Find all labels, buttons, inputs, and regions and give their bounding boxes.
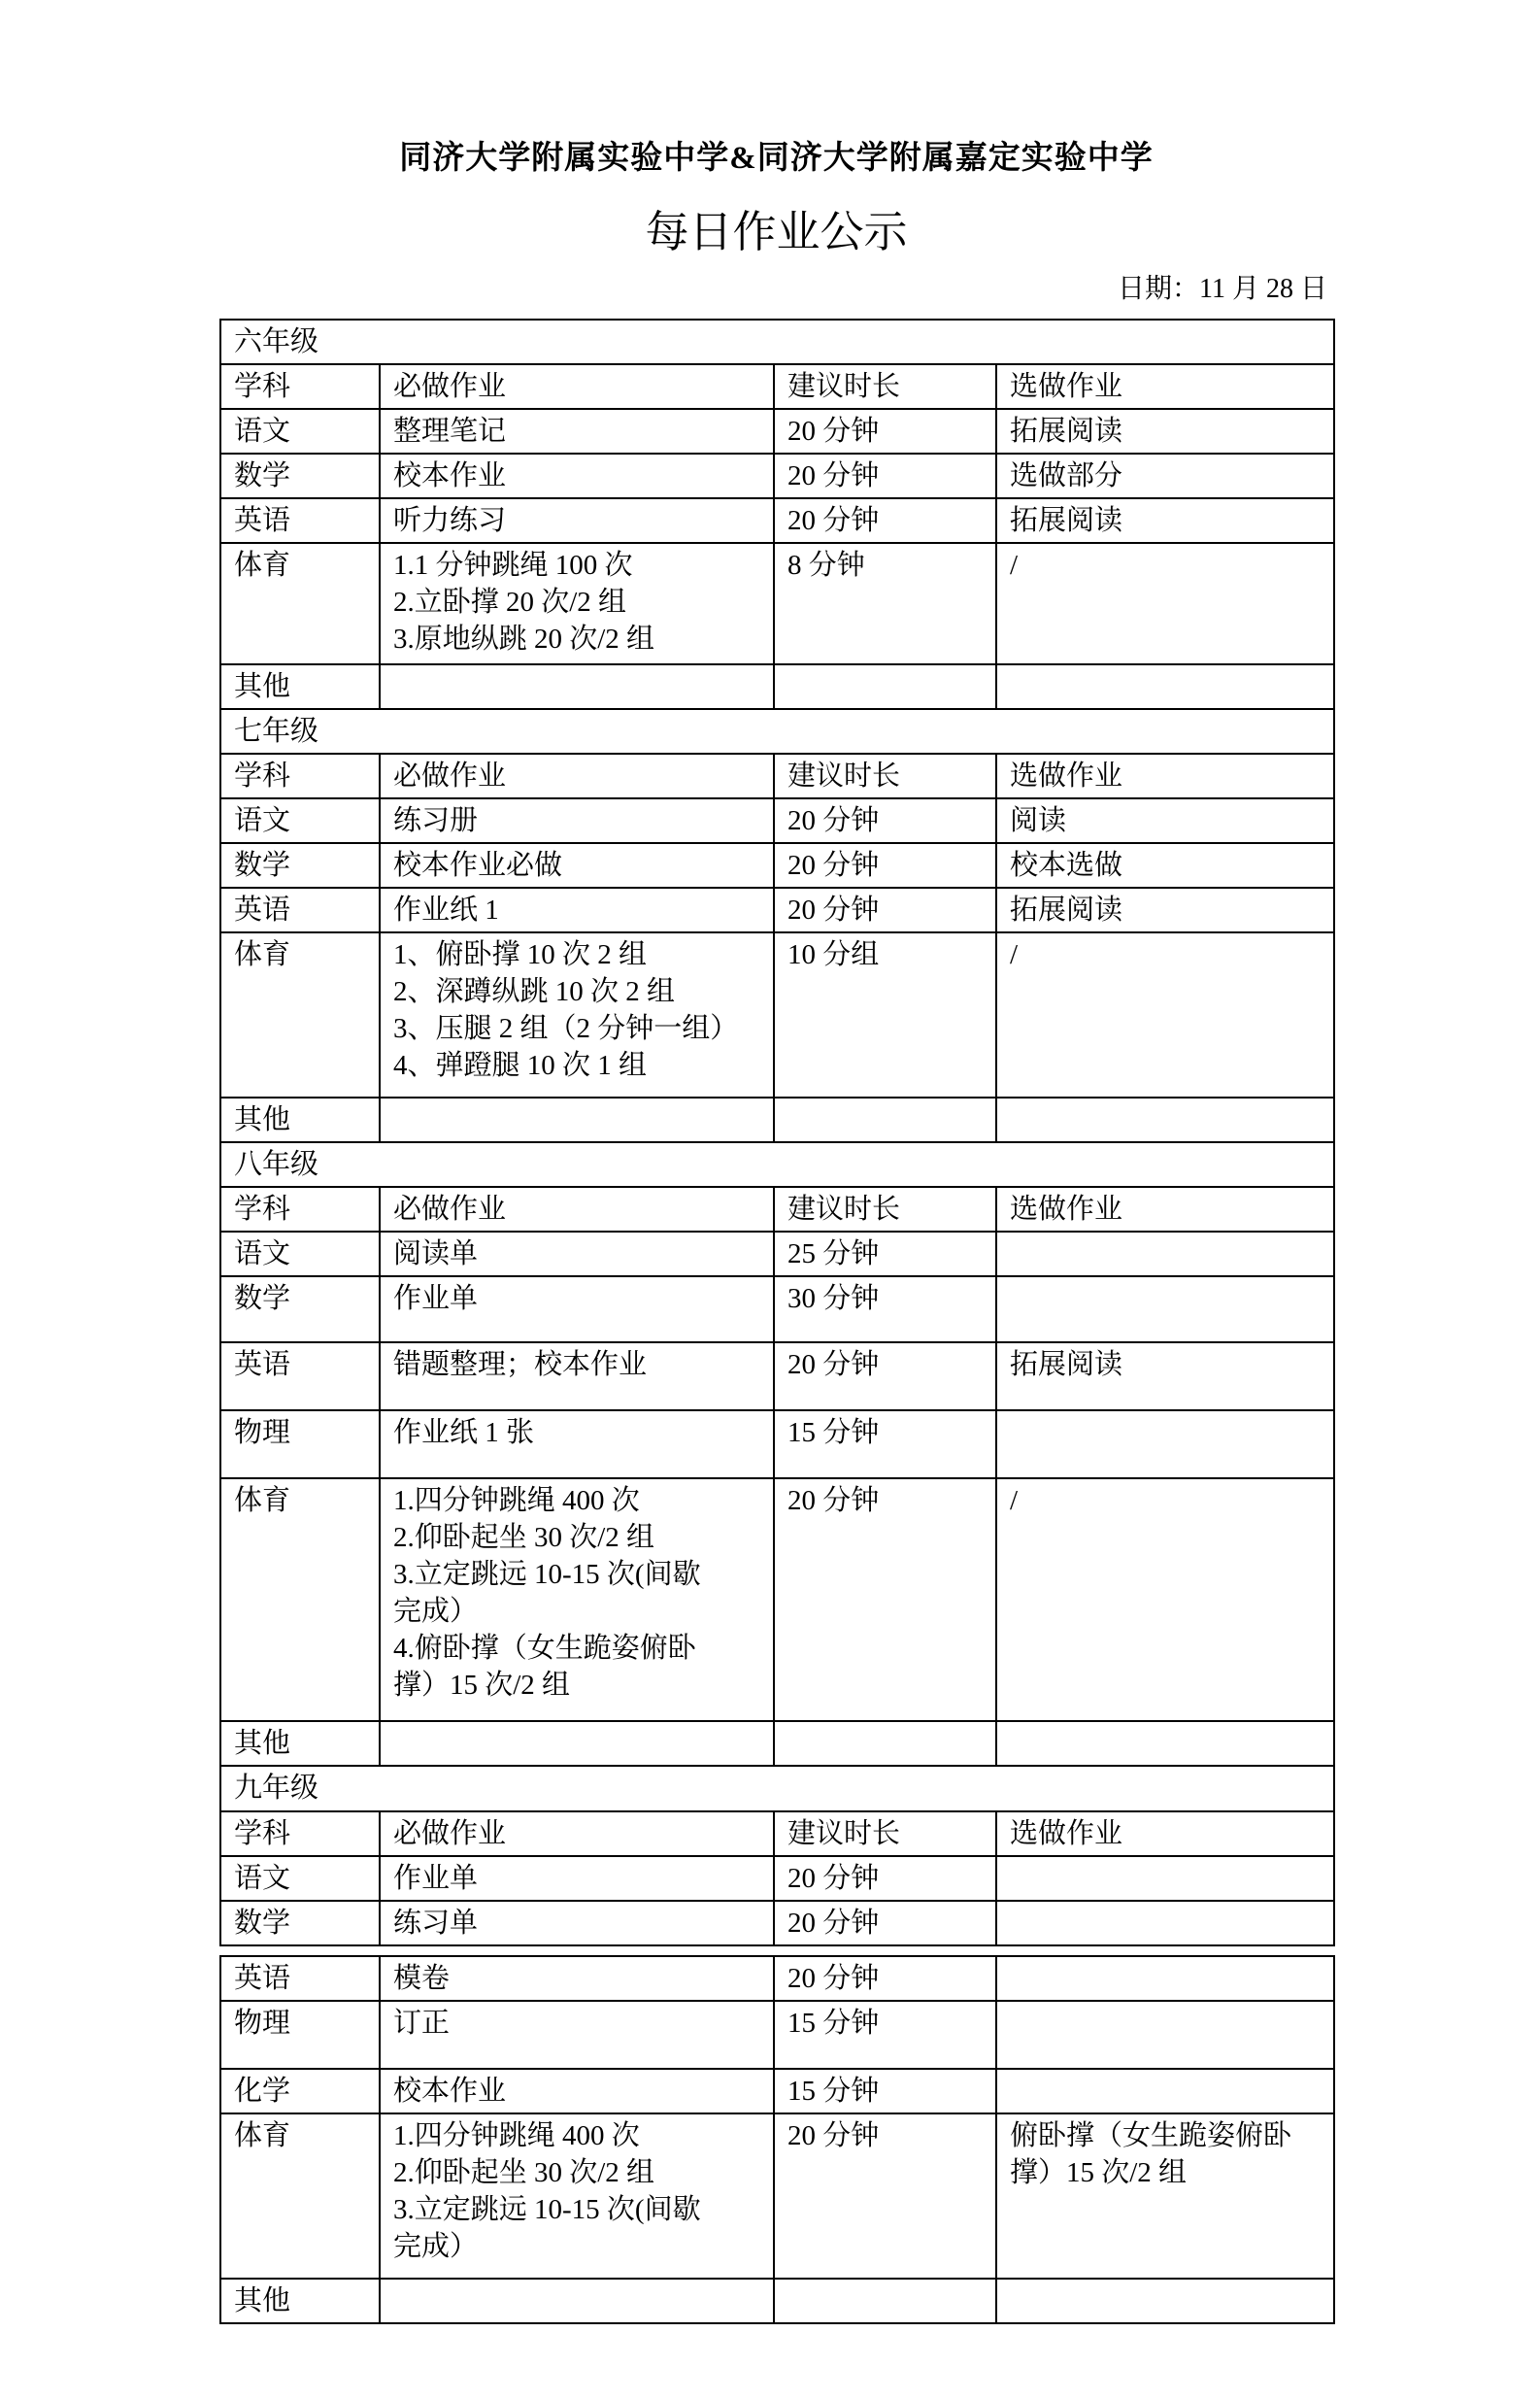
duration-cell: 20 分钟 bbox=[774, 1956, 996, 2001]
required-homework-cell: 作业纸 1 张 bbox=[380, 1410, 774, 1478]
required-homework-cell: 1.1 分钟跳绳 100 次 2.立卧撑 20 次/2 组 3.原地纵跳 20 … bbox=[380, 543, 774, 664]
required-homework-cell: 作业单 bbox=[380, 1276, 774, 1342]
optional-homework-cell bbox=[996, 1856, 1334, 1901]
required-homework-cell: 听力练习 bbox=[380, 498, 774, 543]
table-row: 物理 订正 15 分钟 bbox=[220, 2001, 1334, 2069]
table-row: 体育 1.1 分钟跳绳 100 次 2.立卧撑 20 次/2 组 3.原地纵跳 … bbox=[220, 543, 1334, 664]
table-row: 其他 bbox=[220, 1721, 1334, 1766]
table-row: 英语 作业纸 1 20 分钟 拓展阅读 bbox=[220, 888, 1334, 932]
table-row: 语文 练习册 20 分钟 阅读 bbox=[220, 798, 1334, 843]
duration-cell bbox=[774, 2279, 996, 2323]
column-header-subject: 学科 bbox=[220, 1187, 380, 1232]
optional-homework-cell bbox=[996, 1956, 1334, 2001]
required-homework-cell: 练习单 bbox=[380, 1901, 774, 1945]
table-row: 学科 必做作业 建议时长 选做作业 bbox=[220, 364, 1334, 409]
table-row: 英语 听力练习 20 分钟 拓展阅读 bbox=[220, 498, 1334, 543]
document-content: 同济大学附属实验中学&同济大学附属嘉定实验中学 每日作业公示 日期：11 月 2… bbox=[219, 0, 1333, 2324]
grade-banner-8: 八年级 bbox=[220, 1142, 1334, 1187]
optional-homework-cell: 拓展阅读 bbox=[996, 498, 1334, 543]
duration-cell: 20 分钟 bbox=[774, 454, 996, 498]
optional-homework-cell: 阅读 bbox=[996, 798, 1334, 843]
grade-banner-6: 六年级 bbox=[220, 320, 1334, 364]
column-header-duration: 建议时长 bbox=[774, 1811, 996, 1856]
optional-homework-cell: / bbox=[996, 543, 1334, 664]
subject-cell: 体育 bbox=[220, 932, 380, 1098]
required-homework-cell: 作业单 bbox=[380, 1856, 774, 1901]
duration-cell: 15 分钟 bbox=[774, 2069, 996, 2113]
subject-cell: 语文 bbox=[220, 409, 380, 454]
table-row: 语文 整理笔记 20 分钟 拓展阅读 bbox=[220, 409, 1334, 454]
optional-homework-cell: / bbox=[996, 932, 1334, 1098]
duration-cell: 20 分钟 bbox=[774, 498, 996, 543]
table-row: 物理 作业纸 1 张 15 分钟 bbox=[220, 1410, 1334, 1478]
duration-cell: 10 分组 bbox=[774, 932, 996, 1098]
required-homework-cell bbox=[380, 664, 774, 709]
page-title: 每日作业公示 bbox=[219, 202, 1333, 262]
required-homework-cell: 1.四分钟跳绳 400 次 2.仰卧起坐 30 次/2 组 3.立定跳远 10-… bbox=[380, 2113, 774, 2279]
required-homework-cell: 模卷 bbox=[380, 1956, 774, 2001]
subject-cell: 语文 bbox=[220, 1232, 380, 1276]
table-row: 数学 练习单 20 分钟 bbox=[220, 1901, 1334, 1945]
table-row: 其他 bbox=[220, 2279, 1334, 2323]
subject-cell: 其他 bbox=[220, 664, 380, 709]
required-homework-cell: 作业纸 1 bbox=[380, 888, 774, 932]
optional-homework-cell bbox=[996, 1410, 1334, 1478]
subject-cell: 化学 bbox=[220, 2069, 380, 2113]
subject-cell: 其他 bbox=[220, 1098, 380, 1142]
table-row: 学科 必做作业 建议时长 选做作业 bbox=[220, 754, 1334, 798]
column-header-required: 必做作业 bbox=[380, 754, 774, 798]
subject-cell: 数学 bbox=[220, 1901, 380, 1945]
optional-homework-cell bbox=[996, 2001, 1334, 2069]
duration-cell bbox=[774, 664, 996, 709]
column-header-required: 必做作业 bbox=[380, 1811, 774, 1856]
column-header-optional: 选做作业 bbox=[996, 754, 1334, 798]
subject-cell: 物理 bbox=[220, 2001, 380, 2069]
subject-cell: 英语 bbox=[220, 498, 380, 543]
required-homework-cell: 校本作业 bbox=[380, 454, 774, 498]
subject-cell: 英语 bbox=[220, 1342, 380, 1410]
duration-cell bbox=[774, 1721, 996, 1766]
subject-cell: 语文 bbox=[220, 798, 380, 843]
duration-cell: 30 分钟 bbox=[774, 1276, 996, 1342]
duration-cell: 20 分钟 bbox=[774, 888, 996, 932]
optional-homework-cell: / bbox=[996, 1478, 1334, 1721]
homework-table-main: 六年级 学科 必做作业 建议时长 选做作业 语文 整理笔记 20 分钟 拓展阅读… bbox=[219, 319, 1335, 1946]
required-homework-cell: 练习册 bbox=[380, 798, 774, 843]
table-row: 其他 bbox=[220, 1098, 1334, 1142]
table-row: 数学 校本作业必做 20 分钟 校本选做 bbox=[220, 843, 1334, 888]
optional-homework-cell: 拓展阅读 bbox=[996, 1342, 1334, 1410]
school-name-line: 同济大学附属实验中学&同济大学附属嘉定实验中学 bbox=[219, 140, 1333, 177]
duration-cell: 20 分钟 bbox=[774, 843, 996, 888]
duration-cell: 15 分钟 bbox=[774, 2001, 996, 2069]
date-label: 日期：11 月 28 日 bbox=[219, 272, 1333, 307]
duration-cell: 15 分钟 bbox=[774, 1410, 996, 1478]
document-page: 同济大学附属实验中学&同济大学附属嘉定实验中学 每日作业公示 日期：11 月 2… bbox=[0, 0, 1540, 2400]
table-row: 化学 校本作业 15 分钟 bbox=[220, 2069, 1334, 2113]
table-row: 体育 1.四分钟跳绳 400 次 2.仰卧起坐 30 次/2 组 3.立定跳远 … bbox=[220, 2113, 1334, 2279]
optional-homework-cell: 拓展阅读 bbox=[996, 409, 1334, 454]
optional-homework-cell bbox=[996, 1098, 1334, 1142]
table-row: 九年级 bbox=[220, 1766, 1334, 1811]
column-header-optional: 选做作业 bbox=[996, 1187, 1334, 1232]
optional-homework-cell bbox=[996, 2069, 1334, 2113]
subject-cell: 数学 bbox=[220, 1276, 380, 1342]
duration-cell: 20 分钟 bbox=[774, 2113, 996, 2279]
optional-homework-cell: 俯卧撑（女生跪姿俯卧 撑）15 次/2 组 bbox=[996, 2113, 1334, 2279]
column-header-subject: 学科 bbox=[220, 364, 380, 409]
optional-homework-cell bbox=[996, 1276, 1334, 1342]
optional-homework-cell bbox=[996, 664, 1334, 709]
table-row: 学科 必做作业 建议时长 选做作业 bbox=[220, 1811, 1334, 1856]
required-homework-cell bbox=[380, 2279, 774, 2323]
table-row: 数学 校本作业 20 分钟 选做部分 bbox=[220, 454, 1334, 498]
column-header-optional: 选做作业 bbox=[996, 1811, 1334, 1856]
column-header-optional: 选做作业 bbox=[996, 364, 1334, 409]
required-homework-cell: 订正 bbox=[380, 2001, 774, 2069]
optional-homework-cell: 拓展阅读 bbox=[996, 888, 1334, 932]
required-homework-cell bbox=[380, 1721, 774, 1766]
required-homework-cell: 阅读单 bbox=[380, 1232, 774, 1276]
table-row: 学科 必做作业 建议时长 选做作业 bbox=[220, 1187, 1334, 1232]
optional-homework-cell: 选做部分 bbox=[996, 454, 1334, 498]
duration-cell: 20 分钟 bbox=[774, 1342, 996, 1410]
subject-cell: 语文 bbox=[220, 1856, 380, 1901]
duration-cell: 25 分钟 bbox=[774, 1232, 996, 1276]
subject-cell: 英语 bbox=[220, 1956, 380, 2001]
required-homework-cell bbox=[380, 1098, 774, 1142]
column-header-subject: 学科 bbox=[220, 754, 380, 798]
column-header-duration: 建议时长 bbox=[774, 364, 996, 409]
homework-table-grade9-continued: 英语 模卷 20 分钟 物理 订正 15 分钟 化学 校本作业 15 分钟 体育… bbox=[219, 1955, 1335, 2324]
table-row: 英语 模卷 20 分钟 bbox=[220, 1956, 1334, 2001]
required-homework-cell: 校本作业必做 bbox=[380, 843, 774, 888]
subject-cell: 体育 bbox=[220, 1478, 380, 1721]
required-homework-cell: 错题整理；校本作业 bbox=[380, 1342, 774, 1410]
subject-cell: 数学 bbox=[220, 843, 380, 888]
subject-cell: 英语 bbox=[220, 888, 380, 932]
duration-cell bbox=[774, 1098, 996, 1142]
optional-homework-cell bbox=[996, 1901, 1334, 1945]
required-homework-cell: 校本作业 bbox=[380, 2069, 774, 2113]
subject-cell: 体育 bbox=[220, 543, 380, 664]
duration-cell: 20 分钟 bbox=[774, 1856, 996, 1901]
subject-cell: 体育 bbox=[220, 2113, 380, 2279]
subject-cell: 其他 bbox=[220, 1721, 380, 1766]
table-row: 数学 作业单 30 分钟 bbox=[220, 1276, 1334, 1342]
column-header-subject: 学科 bbox=[220, 1811, 380, 1856]
subject-cell: 数学 bbox=[220, 454, 380, 498]
table-row: 体育 1.四分钟跳绳 400 次 2.仰卧起坐 30 次/2 组 3.立定跳远 … bbox=[220, 1478, 1334, 1721]
table-row: 六年级 bbox=[220, 320, 1334, 364]
duration-cell: 20 分钟 bbox=[774, 1901, 996, 1945]
grade-banner-9: 九年级 bbox=[220, 1766, 1334, 1811]
subject-cell: 其他 bbox=[220, 2279, 380, 2323]
optional-homework-cell: 校本选做 bbox=[996, 843, 1334, 888]
table-row: 其他 bbox=[220, 664, 1334, 709]
table-row: 语文 阅读单 25 分钟 bbox=[220, 1232, 1334, 1276]
grade-banner-7: 七年级 bbox=[220, 709, 1334, 754]
table-row: 英语 错题整理；校本作业 20 分钟 拓展阅读 bbox=[220, 1342, 1334, 1410]
required-homework-cell: 整理笔记 bbox=[380, 409, 774, 454]
subject-cell: 物理 bbox=[220, 1410, 380, 1478]
column-header-required: 必做作业 bbox=[380, 364, 774, 409]
optional-homework-cell bbox=[996, 1721, 1334, 1766]
table-row: 七年级 bbox=[220, 709, 1334, 754]
required-homework-cell: 1.四分钟跳绳 400 次 2.仰卧起坐 30 次/2 组 3.立定跳远 10-… bbox=[380, 1478, 774, 1721]
table-row: 体育 1、俯卧撑 10 次 2 组 2、深蹲纵跳 10 次 2 组 3、压腿 2… bbox=[220, 932, 1334, 1098]
duration-cell: 20 分钟 bbox=[774, 798, 996, 843]
optional-homework-cell bbox=[996, 1232, 1334, 1276]
column-header-duration: 建议时长 bbox=[774, 1187, 996, 1232]
duration-cell: 8 分钟 bbox=[774, 543, 996, 664]
table-row: 八年级 bbox=[220, 1142, 1334, 1187]
required-homework-cell: 1、俯卧撑 10 次 2 组 2、深蹲纵跳 10 次 2 组 3、压腿 2 组（… bbox=[380, 932, 774, 1098]
optional-homework-cell bbox=[996, 2279, 1334, 2323]
table-row: 语文 作业单 20 分钟 bbox=[220, 1856, 1334, 1901]
duration-cell: 20 分钟 bbox=[774, 1478, 996, 1721]
duration-cell: 20 分钟 bbox=[774, 409, 996, 454]
column-header-duration: 建议时长 bbox=[774, 754, 996, 798]
column-header-required: 必做作业 bbox=[380, 1187, 774, 1232]
